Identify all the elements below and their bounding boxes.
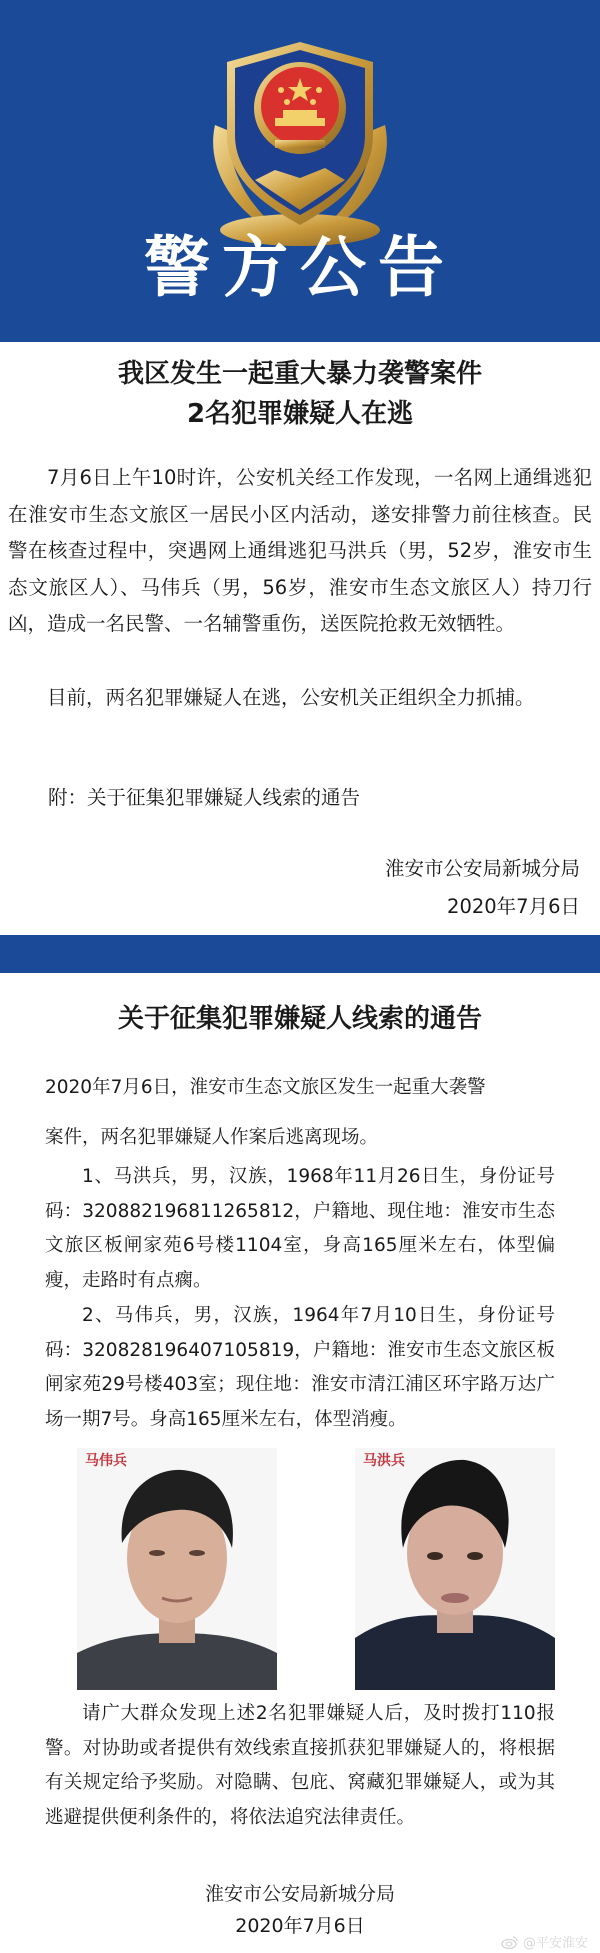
banner: 警方公告 [0, 0, 600, 342]
attachment-link-text: 附：关于征集犯罪嫌疑人线索的通告 [48, 780, 588, 817]
weibo-icon [501, 1935, 519, 1949]
notice2-intro-line2: 案件，两名犯罪嫌疑人作案后逃离现场。 [45, 1124, 555, 1152]
notice2-headline: 关于征集犯罪嫌疑人线索的通告 [0, 1000, 600, 1038]
suspect2-description: 2、马伟兵，男，汉族，1964年7月10日生，身份证号码：32082819640… [45, 1299, 555, 1437]
notice1-paragraph1: 7月6日上午10时许，公安机关经工作发现，一名网上通缉逃犯在淮安市生态文旅区一居… [8, 460, 592, 643]
headline-line2: 2名犯罪嫌疑人在逃 [0, 395, 600, 433]
notice1-paragraph2: 目前，两名犯罪嫌疑人在逃，公安机关正组织全力抓捕。 [8, 680, 592, 717]
headline-line1: 我区发生一起重大暴力袭警案件 [0, 355, 600, 393]
signature-org: 淮安市公安局新城分局 [385, 850, 580, 888]
banner-title: 警方公告 [0, 228, 600, 308]
signature-date: 2020年7月6日 [447, 888, 580, 926]
police-emblem-icon [205, 30, 395, 250]
section-divider [0, 935, 600, 973]
suspect-photo-ma-weibing: 马伟兵 [77, 1448, 277, 1690]
photo-label: 马洪兵 [363, 1450, 405, 1470]
suspect-photo-ma-hongbing: 马洪兵 [355, 1448, 555, 1690]
suspect1-description: 1、马洪兵，男，汉族，1968年11月26日生，身份证号码：3208821968… [45, 1160, 555, 1298]
person-portrait-icon [77, 1448, 277, 1690]
photo-label: 马伟兵 [85, 1450, 127, 1470]
watermark-text: @平安淮安 [523, 1932, 588, 1951]
person-portrait-icon [355, 1448, 555, 1690]
notice2-intro-line1: 2020年7月6日，淮安市生态文旅区发生一起重大袭警 [45, 1074, 555, 1102]
public-appeal: 请广大群众发现上述2名犯罪嫌疑人后，及时拨打110报警。对协助或者提供有效线索直… [45, 1697, 555, 1835]
notice2-signature-org: 淮安市公安局新城分局 [0, 1875, 600, 1913]
watermark: @平安淮安 [501, 1932, 588, 1951]
